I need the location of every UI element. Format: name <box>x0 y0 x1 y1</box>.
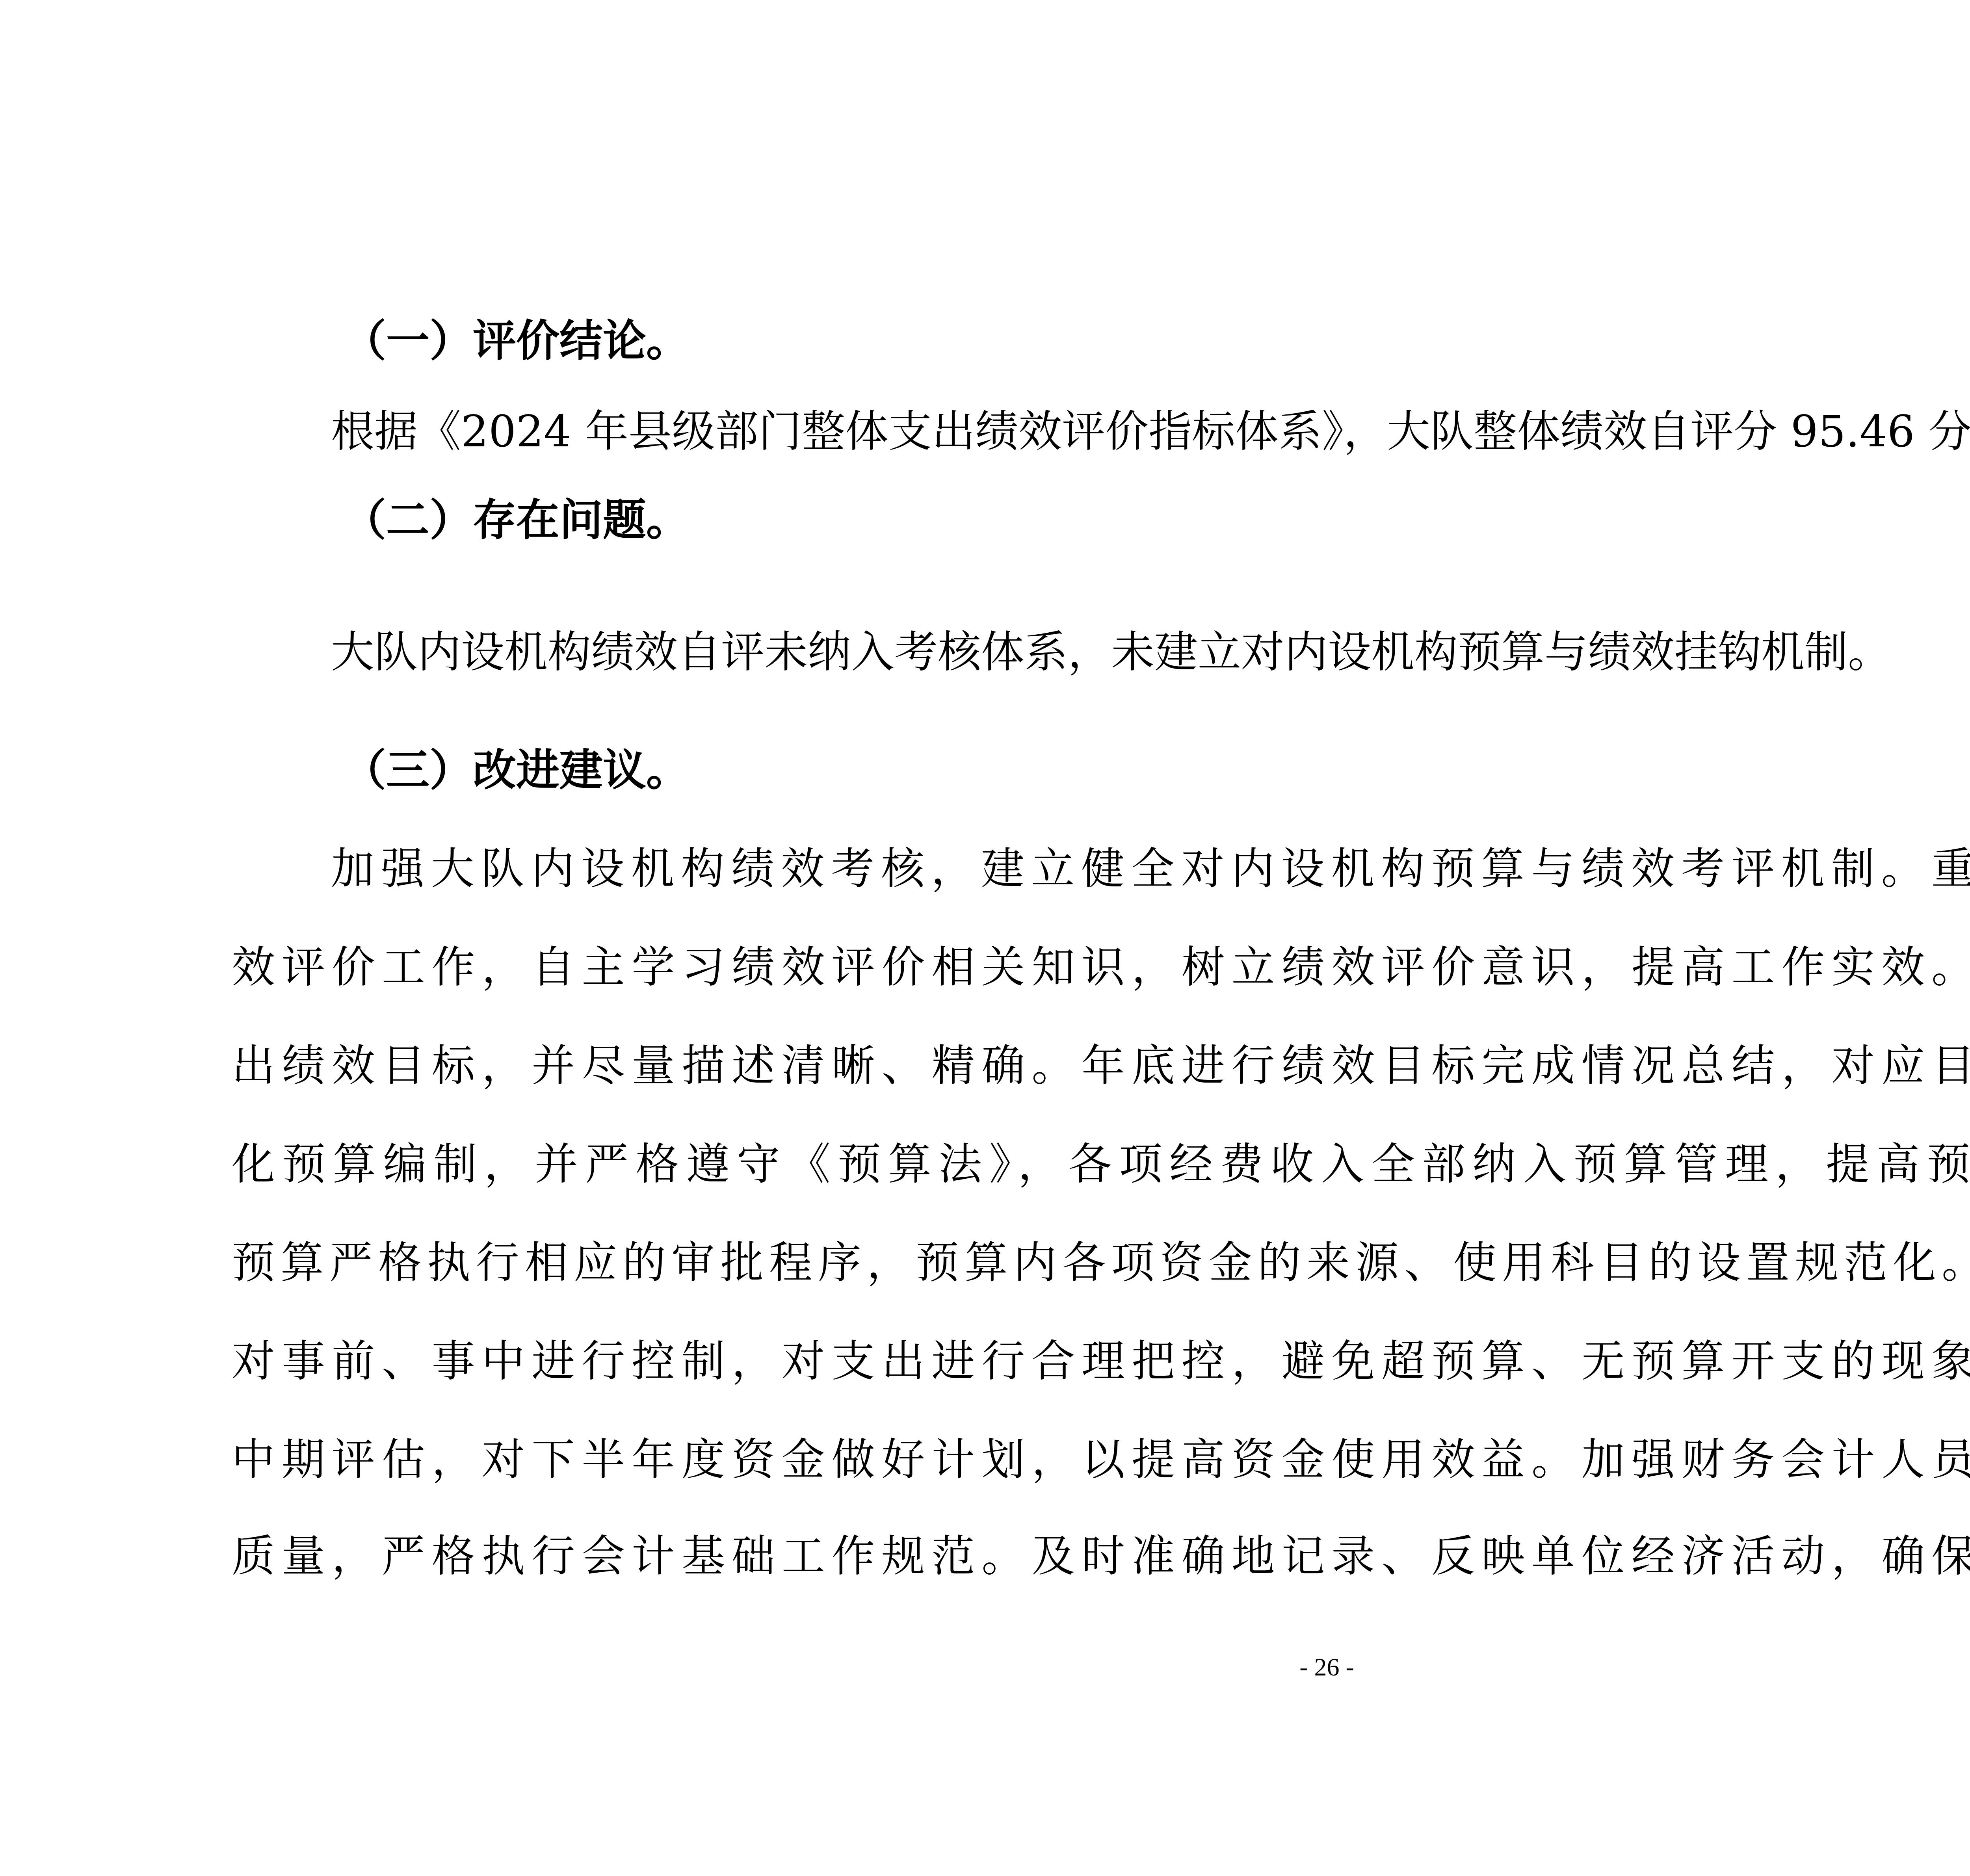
section-heading-suggestions: （三）改进建议。 <box>343 745 689 796</box>
suggestions-line: 化预算编制，并严格遵守《预算法》，各项经费收入全部纳入预算管理，提高预算精准度，… <box>232 1139 1970 1190</box>
problems-text: 大队内设机构绩效自评未纳入考核体系，未建立对内设机构预算与绩效挂钩机制。 <box>331 626 1891 678</box>
suggestions-line: 加强大队内设机构绩效考核，建立健全对内设机构预算与绩效考评机制。重视部门整体支出… <box>331 843 1970 894</box>
suggestions-line: 出绩效目标，并尽量描述清晰、精确。年底进行绩效目标完成情况总结，对应目标逐一进行… <box>232 1040 1970 1091</box>
suggestions-line: 效评价工作，自主学习绩效评价相关知识，树立绩效评价意识，提高工作实效。年初制定部… <box>232 942 1970 993</box>
suggestions-line: 中期评估，对下半年度资金做好计划，以提高资金使用效益。加强财务会计人员业务培训，… <box>232 1434 1970 1485</box>
suggestions-line: 对事前、事中进行控制，对支出进行合理把控，避免超预算、无预算开支的现象发生，积极… <box>232 1335 1970 1387</box>
suggestions-line: 质量，严格执行会计基础工作规范。及时准确地记录、反映单位经济活动，确保会计制度遵… <box>232 1531 1970 1582</box>
section-heading-problems: （二）存在问题。 <box>343 494 689 546</box>
page-number: - 26 - <box>0 1653 1970 1682</box>
section-heading-conclusion: （一）评价结论。 <box>343 315 689 366</box>
conclusion-text: 根据《2024 年县级部门整体支出绩效评价指标体系》，大队整体绩效自评分 95.… <box>331 406 1970 457</box>
suggestions-line: 预算严格执行相应的审批程序，预算内各项资金的来源、使用科目的设置规范化。加强部门… <box>232 1237 1970 1288</box>
